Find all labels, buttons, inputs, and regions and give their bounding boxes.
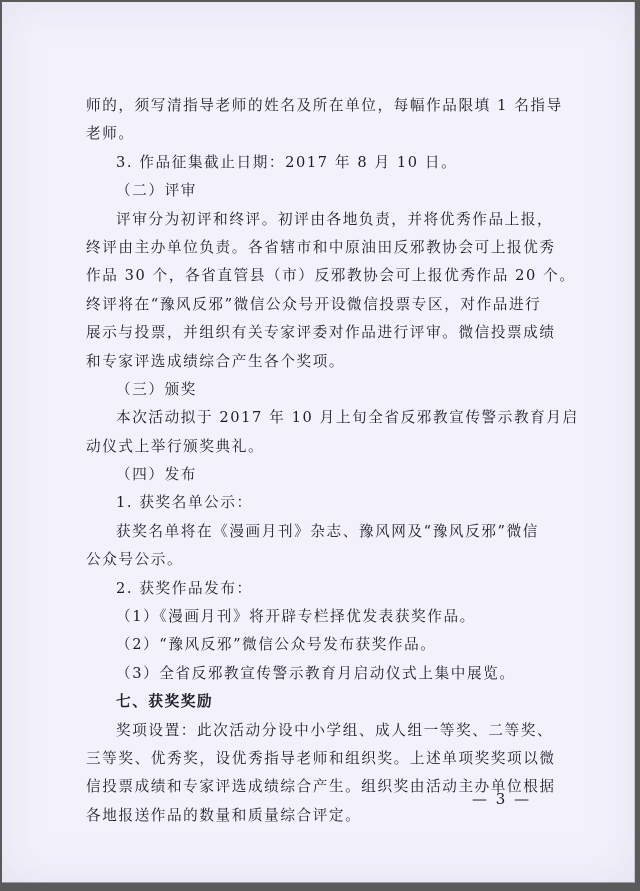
text-line: 动仪式上举行颁奖典礼。 xyxy=(86,433,546,461)
text-line: （二）评审 xyxy=(86,177,546,205)
text-line: （1）《漫画月刊》将开辟专栏择优发表获奖作品。 xyxy=(86,603,546,631)
page-number: — 3 — xyxy=(472,790,531,808)
text-line: 本次活动拟于 2017 年 10 月上旬全省反邪教宣传警示教育月启 xyxy=(86,404,546,432)
text-line: （2）“豫风反邪”微信公众号发布获奖作品。 xyxy=(86,631,546,659)
text-line: 展示与投票，并组织有关专家评委对作品进行评审。微信投票成绩 xyxy=(86,319,546,347)
text-line: 奖项设置：此次活动分设中小学组、成人组一等奖、二等奖、 xyxy=(86,717,546,745)
text-line: 公众号公示。 xyxy=(86,546,546,574)
text-line: 评审分为初评和终评。初评由各地负责，并将优秀作品上报， xyxy=(86,206,546,234)
document-body: 师的，须写清指导老师的姓名及所在单位，每幅作品限填 1 名指导老师。3. 作品征… xyxy=(86,92,546,830)
text-line: 2. 获奖作品发布： xyxy=(86,575,546,603)
text-line: 1. 获奖名单公示： xyxy=(86,489,546,517)
text-line: 作品 30 个，各省直管县（市）反邪教协会可上报优秀作品 20 个。 xyxy=(86,262,546,290)
text-line: 老师。 xyxy=(86,120,546,148)
scan-background: 师的，须写清指导老师的姓名及所在单位，每幅作品限填 1 名指导老师。3. 作品征… xyxy=(0,0,640,891)
text-line: 师的，须写清指导老师的姓名及所在单位，每幅作品限填 1 名指导 xyxy=(86,92,546,120)
text-line: 终评将在“豫风反邪”微信公众号开设微信投票专区，对作品进行 xyxy=(86,291,546,319)
text-line: （3）全省反邪教宣传警示教育月启动仪式上集中展览。 xyxy=(86,660,546,688)
text-line: 终评由主办单位负责。各省辖市和中原油田反邪教协会可上报优秀 xyxy=(86,234,546,262)
text-line: 三等奖、优秀奖，设优秀指导老师和组织奖。上述单项奖奖项以微 xyxy=(86,745,546,773)
text-line: 获奖名单将在《漫画月刊》杂志、豫风网及“豫风反邪”微信 xyxy=(86,518,546,546)
section-heading: 七、获奖奖励 xyxy=(86,688,546,716)
text-line: 3. 作品征集截止日期：2017 年 8 月 10 日。 xyxy=(86,149,546,177)
document-page: 师的，须写清指导老师的姓名及所在单位，每幅作品限填 1 名指导老师。3. 作品征… xyxy=(2,2,635,883)
text-line: 和专家评选成绩综合产生各个奖项。 xyxy=(86,348,546,376)
text-line: （四）发布 xyxy=(86,461,546,489)
text-line: （三）颁奖 xyxy=(86,376,546,404)
